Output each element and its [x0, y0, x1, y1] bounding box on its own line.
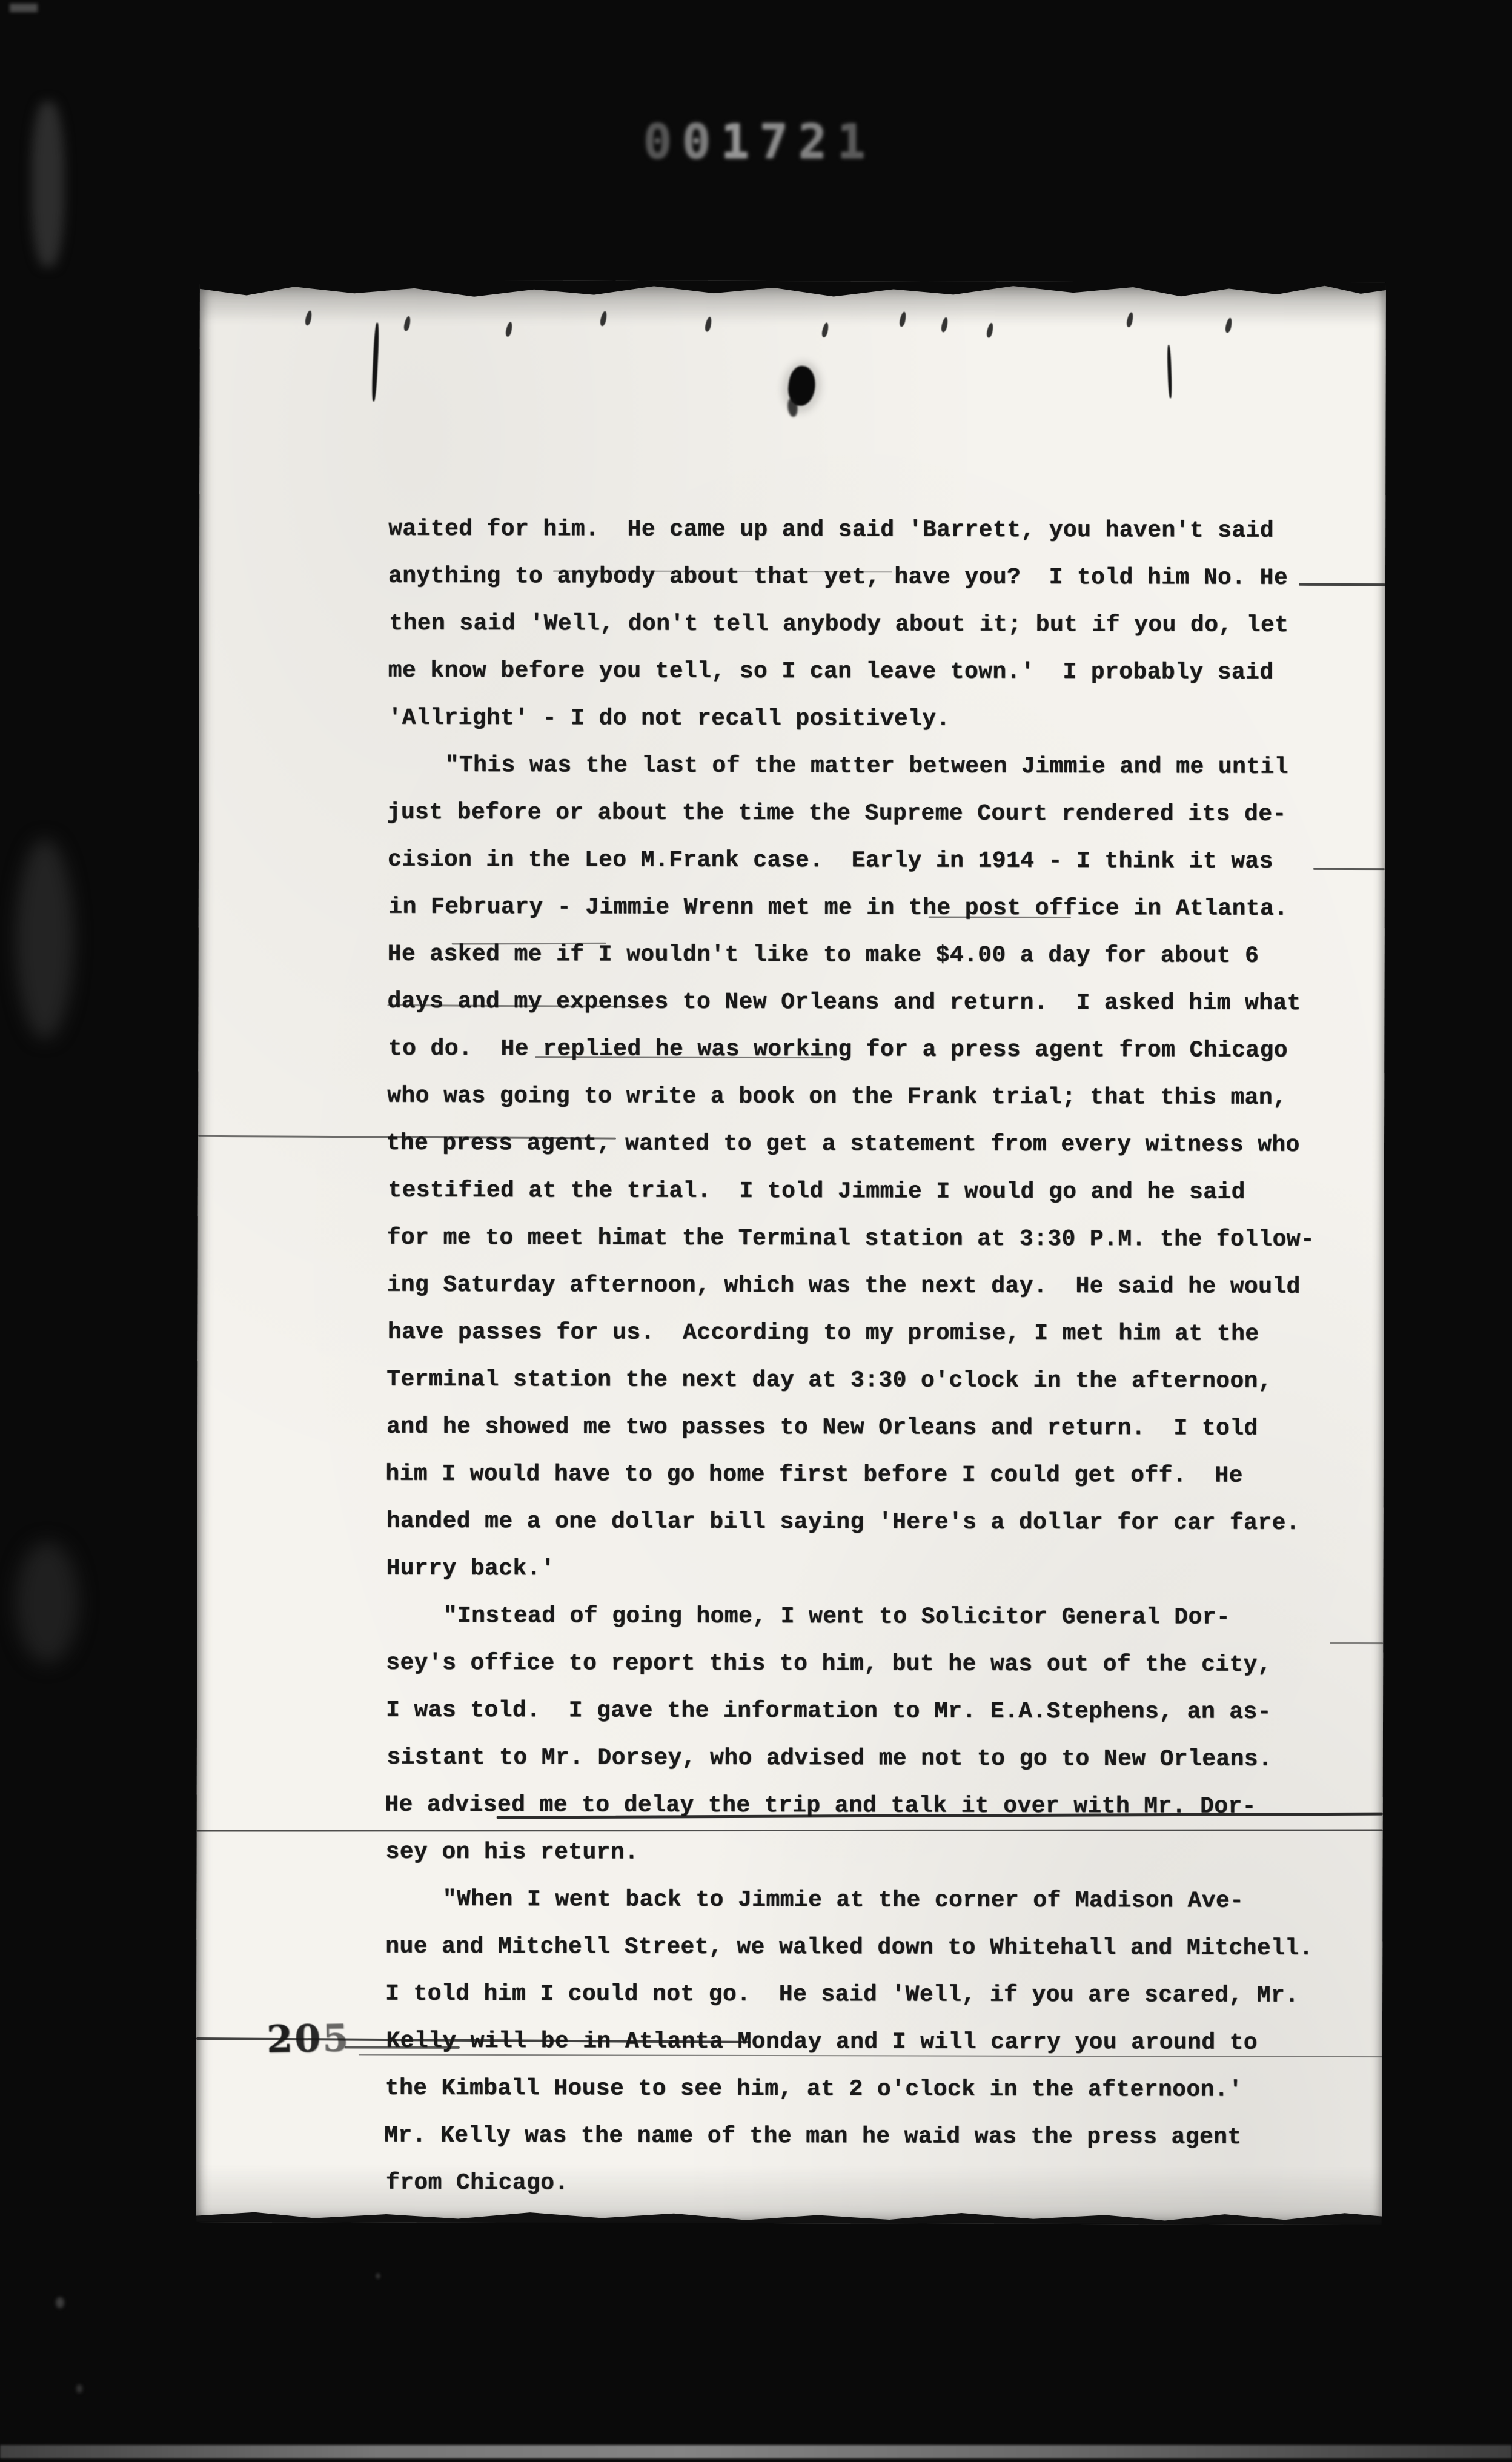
text-line: 'Allright' - I do not recall positively.: [388, 695, 1357, 744]
text-line: who was going to write a book on the Fra…: [387, 1073, 1356, 1122]
text-line: the press agent, wanted to get a stateme…: [386, 1120, 1355, 1169]
text-line: ing Saturday afternoon, which was the ne…: [386, 1262, 1356, 1311]
text-line: cision in the Leo M.Frank case. Early in…: [388, 837, 1357, 886]
text-line: I told him I could not go. He said 'Well…: [385, 1971, 1354, 2020]
text-line: sistant to Mr. Dorsey, who advised me no…: [386, 1734, 1356, 1783]
text-line: me know before you tell, so I can leave …: [388, 648, 1358, 697]
text-line: waited for him. He came up and said 'Bar…: [388, 506, 1358, 555]
text-line: I was told. I gave the information to Mr…: [386, 1687, 1355, 1736]
text-line: Mr. Kelly was the name of the man he wai…: [384, 2112, 1353, 2162]
text-line: testified at the trial. I told Jimmie I …: [388, 1167, 1357, 1216]
stamp-digit: 0: [682, 115, 721, 170]
document-page: waited for him. He came up and said 'Bar…: [196, 280, 1386, 2225]
text-line: have passes for us. According to my prom…: [388, 1309, 1357, 1358]
text-line: him I would have to go home first before…: [385, 1451, 1354, 1500]
scratch-line: [1299, 583, 1385, 586]
text-line: "This was the last of the matter between…: [389, 742, 1358, 791]
film-speck: [56, 2297, 64, 2308]
text-line: sey's office to report this to him, but …: [386, 1640, 1355, 1689]
text-line: "When I went back to Jimmie at the corne…: [386, 1876, 1356, 1925]
text-line: for me to meet himat the Terminal statio…: [387, 1215, 1356, 1264]
text-line: Hurry back.': [386, 1545, 1355, 1594]
film-smudge: [16, 839, 74, 1039]
text-line: Terminal station the next day at 3:30 o'…: [386, 1356, 1356, 1405]
frame-number-stamp: 001721: [643, 119, 876, 166]
scratch-line: [1330, 1642, 1383, 1644]
stamp-digit: 1: [721, 115, 760, 170]
text-line: Kelly will be in Atlanta Monday and I wi…: [386, 2018, 1355, 2067]
film-smudge: [31, 102, 64, 267]
typewritten-text: waited for him. He came up and said 'Bar…: [385, 506, 1358, 2209]
text-line: then said 'Well, don't tell anybody abou…: [389, 600, 1358, 649]
ink-blob: [786, 364, 818, 408]
text-line: nue and Mitchell Street, we walked down …: [385, 1923, 1354, 1973]
film-speck: [376, 2273, 380, 2279]
film-smudge: [16, 1542, 79, 1663]
text-line: to do. He replied he was working for a p…: [388, 1026, 1358, 1075]
stamp-digit: 2: [798, 115, 837, 170]
text-line: the Kimball House to see him, at 2 o'clo…: [385, 2065, 1354, 2114]
text-line: He advised me to delay the trip and talk…: [385, 1782, 1354, 1831]
stamp-digit: 1: [837, 115, 876, 170]
scratch-line: [929, 917, 1071, 918]
pen-stroke: [371, 322, 380, 401]
text-line: in February - Jimmie Wrenn met me in the…: [388, 884, 1358, 933]
stamp-digit: 7: [760, 115, 798, 170]
text-line: just before or about the time the Suprem…: [387, 789, 1356, 838]
scratch-line: [1313, 868, 1385, 870]
text-line: days and my expenses to New Orleans and …: [387, 978, 1356, 1027]
scan-noise: [196, 2165, 1382, 2225]
scratch-line: [345, 2046, 460, 2049]
microfilm-scan: 001721 waited for him. He came up and sa…: [0, 0, 1512, 2462]
text-line: "Instead of going home, I went to Solici…: [387, 1593, 1356, 1642]
text-line: anything to anybody about that yet, have…: [388, 553, 1358, 602]
text-line: sey on his return.: [385, 1829, 1354, 1878]
text-line: handed me a one dollar bill saying 'Here…: [386, 1498, 1356, 1547]
stamp-digit: 0: [643, 115, 682, 170]
film-speck: [76, 2384, 82, 2393]
film-scratch: [10, 4, 38, 12]
pen-stroke: [1167, 345, 1172, 398]
film-edge-strip: [0, 2445, 1512, 2458]
text-line: and he showed me two passes to New Orlea…: [386, 1404, 1356, 1453]
text-line: He asked me if I wouldn't like to make $…: [388, 931, 1357, 980]
